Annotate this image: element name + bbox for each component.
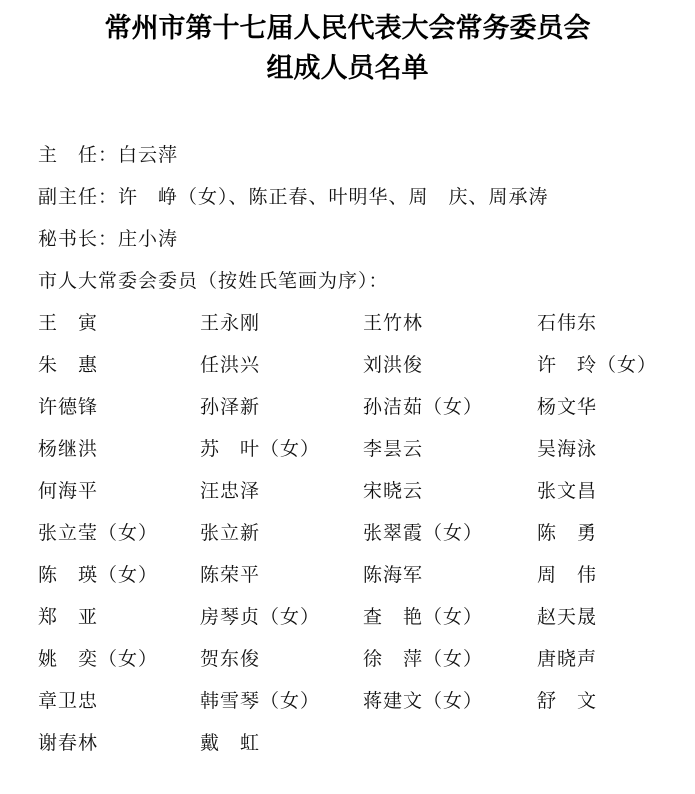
- role-label: 副主任：: [38, 186, 118, 208]
- leader-row-director: 主 任：白云萍: [38, 140, 178, 167]
- member-name: 孙洁茹（女）: [363, 392, 483, 419]
- member-name: 张立莹（女）: [38, 518, 158, 545]
- member-name: 章卫忠: [38, 686, 98, 713]
- member-name: 房琴贞（女）: [200, 602, 320, 629]
- member-name: 宋晓云: [363, 476, 423, 503]
- member-name: 许 玲（女）: [537, 350, 657, 377]
- member-name: 戴 虹: [200, 728, 260, 755]
- member-name: 朱 惠: [38, 350, 98, 377]
- member-name: 汪忠泽: [200, 476, 260, 503]
- member-name: 韩雪琴（女）: [200, 686, 320, 713]
- member-name: 唐晓声: [537, 644, 597, 671]
- role-label: 秘书长：: [38, 228, 118, 250]
- member-name: 徐 萍（女）: [363, 644, 483, 671]
- member-name: 周 伟: [537, 560, 597, 587]
- member-name: 李昙云: [363, 434, 423, 461]
- member-name: 蒋建文（女）: [363, 686, 483, 713]
- document-title-line-2: 组成人员名单: [0, 46, 695, 85]
- member-name: 陈 勇: [537, 518, 597, 545]
- member-name: 张翠霞（女）: [363, 518, 483, 545]
- member-name: 苏 叶（女）: [200, 434, 320, 461]
- member-name: 陈 瑛（女）: [38, 560, 158, 587]
- member-name: 陈荣平: [200, 560, 260, 587]
- member-name: 吴海泳: [537, 434, 597, 461]
- member-name: 姚 奕（女）: [38, 644, 158, 671]
- role-names: 许 峥（女）、陈正春、叶明华、周 庆、周承涛: [118, 186, 549, 208]
- member-name: 赵天晟: [537, 602, 597, 629]
- member-name: 石伟东: [537, 308, 597, 335]
- leader-row-secretary-general: 秘书长：庄小涛: [38, 224, 178, 251]
- member-name: 何海平: [38, 476, 98, 503]
- member-name: 任洪兴: [200, 350, 260, 377]
- member-name: 杨继洪: [38, 434, 98, 461]
- leader-row-vice-directors: 副主任：许 峥（女）、陈正春、叶明华、周 庆、周承涛: [38, 182, 549, 209]
- members-heading: 市人大常委会委员（按姓氏笔画为序）：: [38, 266, 389, 293]
- member-name: 孙泽新: [200, 392, 260, 419]
- member-name: 刘洪俊: [363, 350, 423, 377]
- member-name: 张文昌: [537, 476, 597, 503]
- role-label: 主 任：: [38, 144, 118, 166]
- member-name: 查 艳（女）: [363, 602, 483, 629]
- member-name: 许德锋: [38, 392, 98, 419]
- document-title-line-1: 常州市第十七届人民代表大会常务委员会: [0, 6, 695, 45]
- member-name: 谢春林: [38, 728, 98, 755]
- member-name: 贺东俊: [200, 644, 260, 671]
- member-name: 舒 文: [537, 686, 597, 713]
- member-name: 王 寅: [38, 308, 98, 335]
- member-name: 王永刚: [200, 308, 260, 335]
- member-name: 王竹林: [363, 308, 423, 335]
- member-name: 张立新: [200, 518, 260, 545]
- member-name: 郑 亚: [38, 602, 98, 629]
- role-names: 白云萍: [118, 144, 178, 166]
- role-names: 庄小涛: [118, 228, 178, 250]
- member-name: 杨文华: [537, 392, 597, 419]
- member-name: 陈海军: [363, 560, 423, 587]
